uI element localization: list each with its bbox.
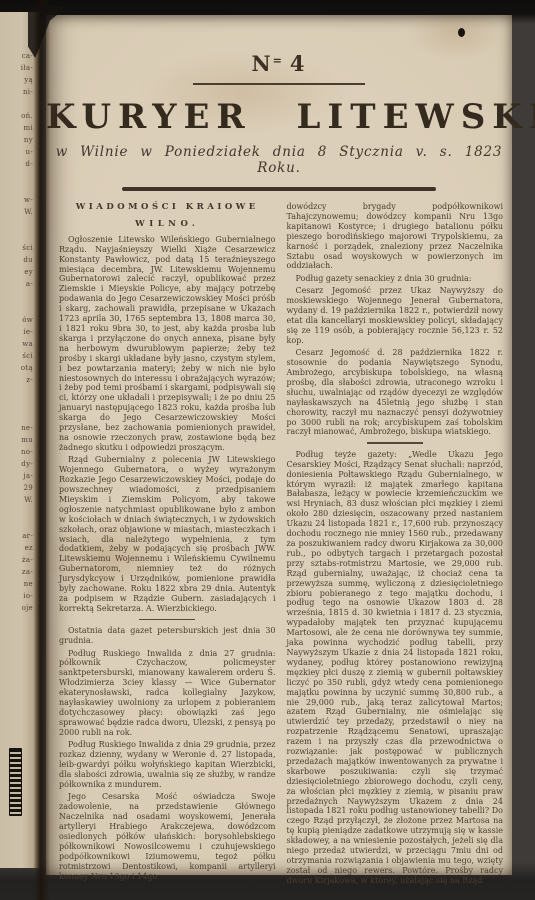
column-left: WIADOMOŚCI KRAIOWE WILNO. Ogłoszenie Lit… bbox=[59, 202, 276, 888]
paragraph: Podług Ruskiego Inwalida z dnia 29 grudn… bbox=[59, 740, 276, 790]
paragraph: Podług teyże gazety: „Wedle Ukazu Jego C… bbox=[287, 450, 504, 886]
dateline: w Wilnie w Poniedziałek dnia 8 Stycznia … bbox=[46, 144, 512, 176]
paragraph: Podług gazety senackiey z dnia 30 grudni… bbox=[287, 274, 504, 284]
section-divider bbox=[367, 442, 423, 444]
article-columns: WIADOMOŚCI KRAIOWE WILNO. Ogłoszenie Lit… bbox=[46, 191, 512, 888]
issue-number: N=4 bbox=[46, 15, 512, 76]
column-right: dowódzcy brygady podpółkownikowi Tahajcz… bbox=[287, 202, 504, 888]
masthead-title: KURYER LITEWSKI bbox=[46, 97, 512, 137]
city-heading: WILNO. bbox=[59, 220, 276, 230]
section-heading: WIADOMOŚCI KRAIOWE bbox=[59, 203, 276, 213]
issue-ordinal-mark: = bbox=[273, 54, 282, 67]
issue-rule bbox=[193, 83, 365, 85]
scan-canvas: ca- iła- yą ni- oń. mi ny u- d- w- W. śc… bbox=[0, 0, 535, 900]
issue-prefix: N bbox=[251, 51, 272, 76]
newspaper-page: N=4 KURYER LITEWSKI w Wilnie w Poniedzia… bbox=[46, 15, 512, 875]
punch-hole-dot bbox=[458, 28, 465, 37]
paragraph: Cesarz Jegomość przez Ukaz Naywyższy do … bbox=[287, 286, 504, 345]
paragraph: Cesarz Jegomość d. 28 października 1822 … bbox=[287, 348, 504, 437]
gutter-shadow bbox=[34, 0, 50, 900]
paragraph: Rząd Gubernialny z polecenia JW Litewski… bbox=[59, 455, 276, 614]
paragraph: Ogłoszenie Litewsko Wileńskiego Gubernia… bbox=[59, 235, 276, 453]
adjacent-page-text-fragments: ca- iła- yą ni- oń. mi ny u- d- w- W. śc… bbox=[3, 50, 33, 614]
section-divider bbox=[139, 619, 195, 621]
paragraph: Jego Cesarska Mość oświadcza Swoje zadow… bbox=[59, 792, 276, 881]
paragraph: Ostatnia data gazet petersburskich jest … bbox=[59, 626, 276, 646]
paragraph: Podług Ruskiego Inwalida z dnia 27 grudn… bbox=[59, 649, 276, 738]
barcode-mark bbox=[9, 748, 22, 816]
issue-value: 4 bbox=[290, 51, 307, 76]
paragraph: dowódzcy brygady podpółkownikowi Tahajcz… bbox=[287, 202, 504, 271]
